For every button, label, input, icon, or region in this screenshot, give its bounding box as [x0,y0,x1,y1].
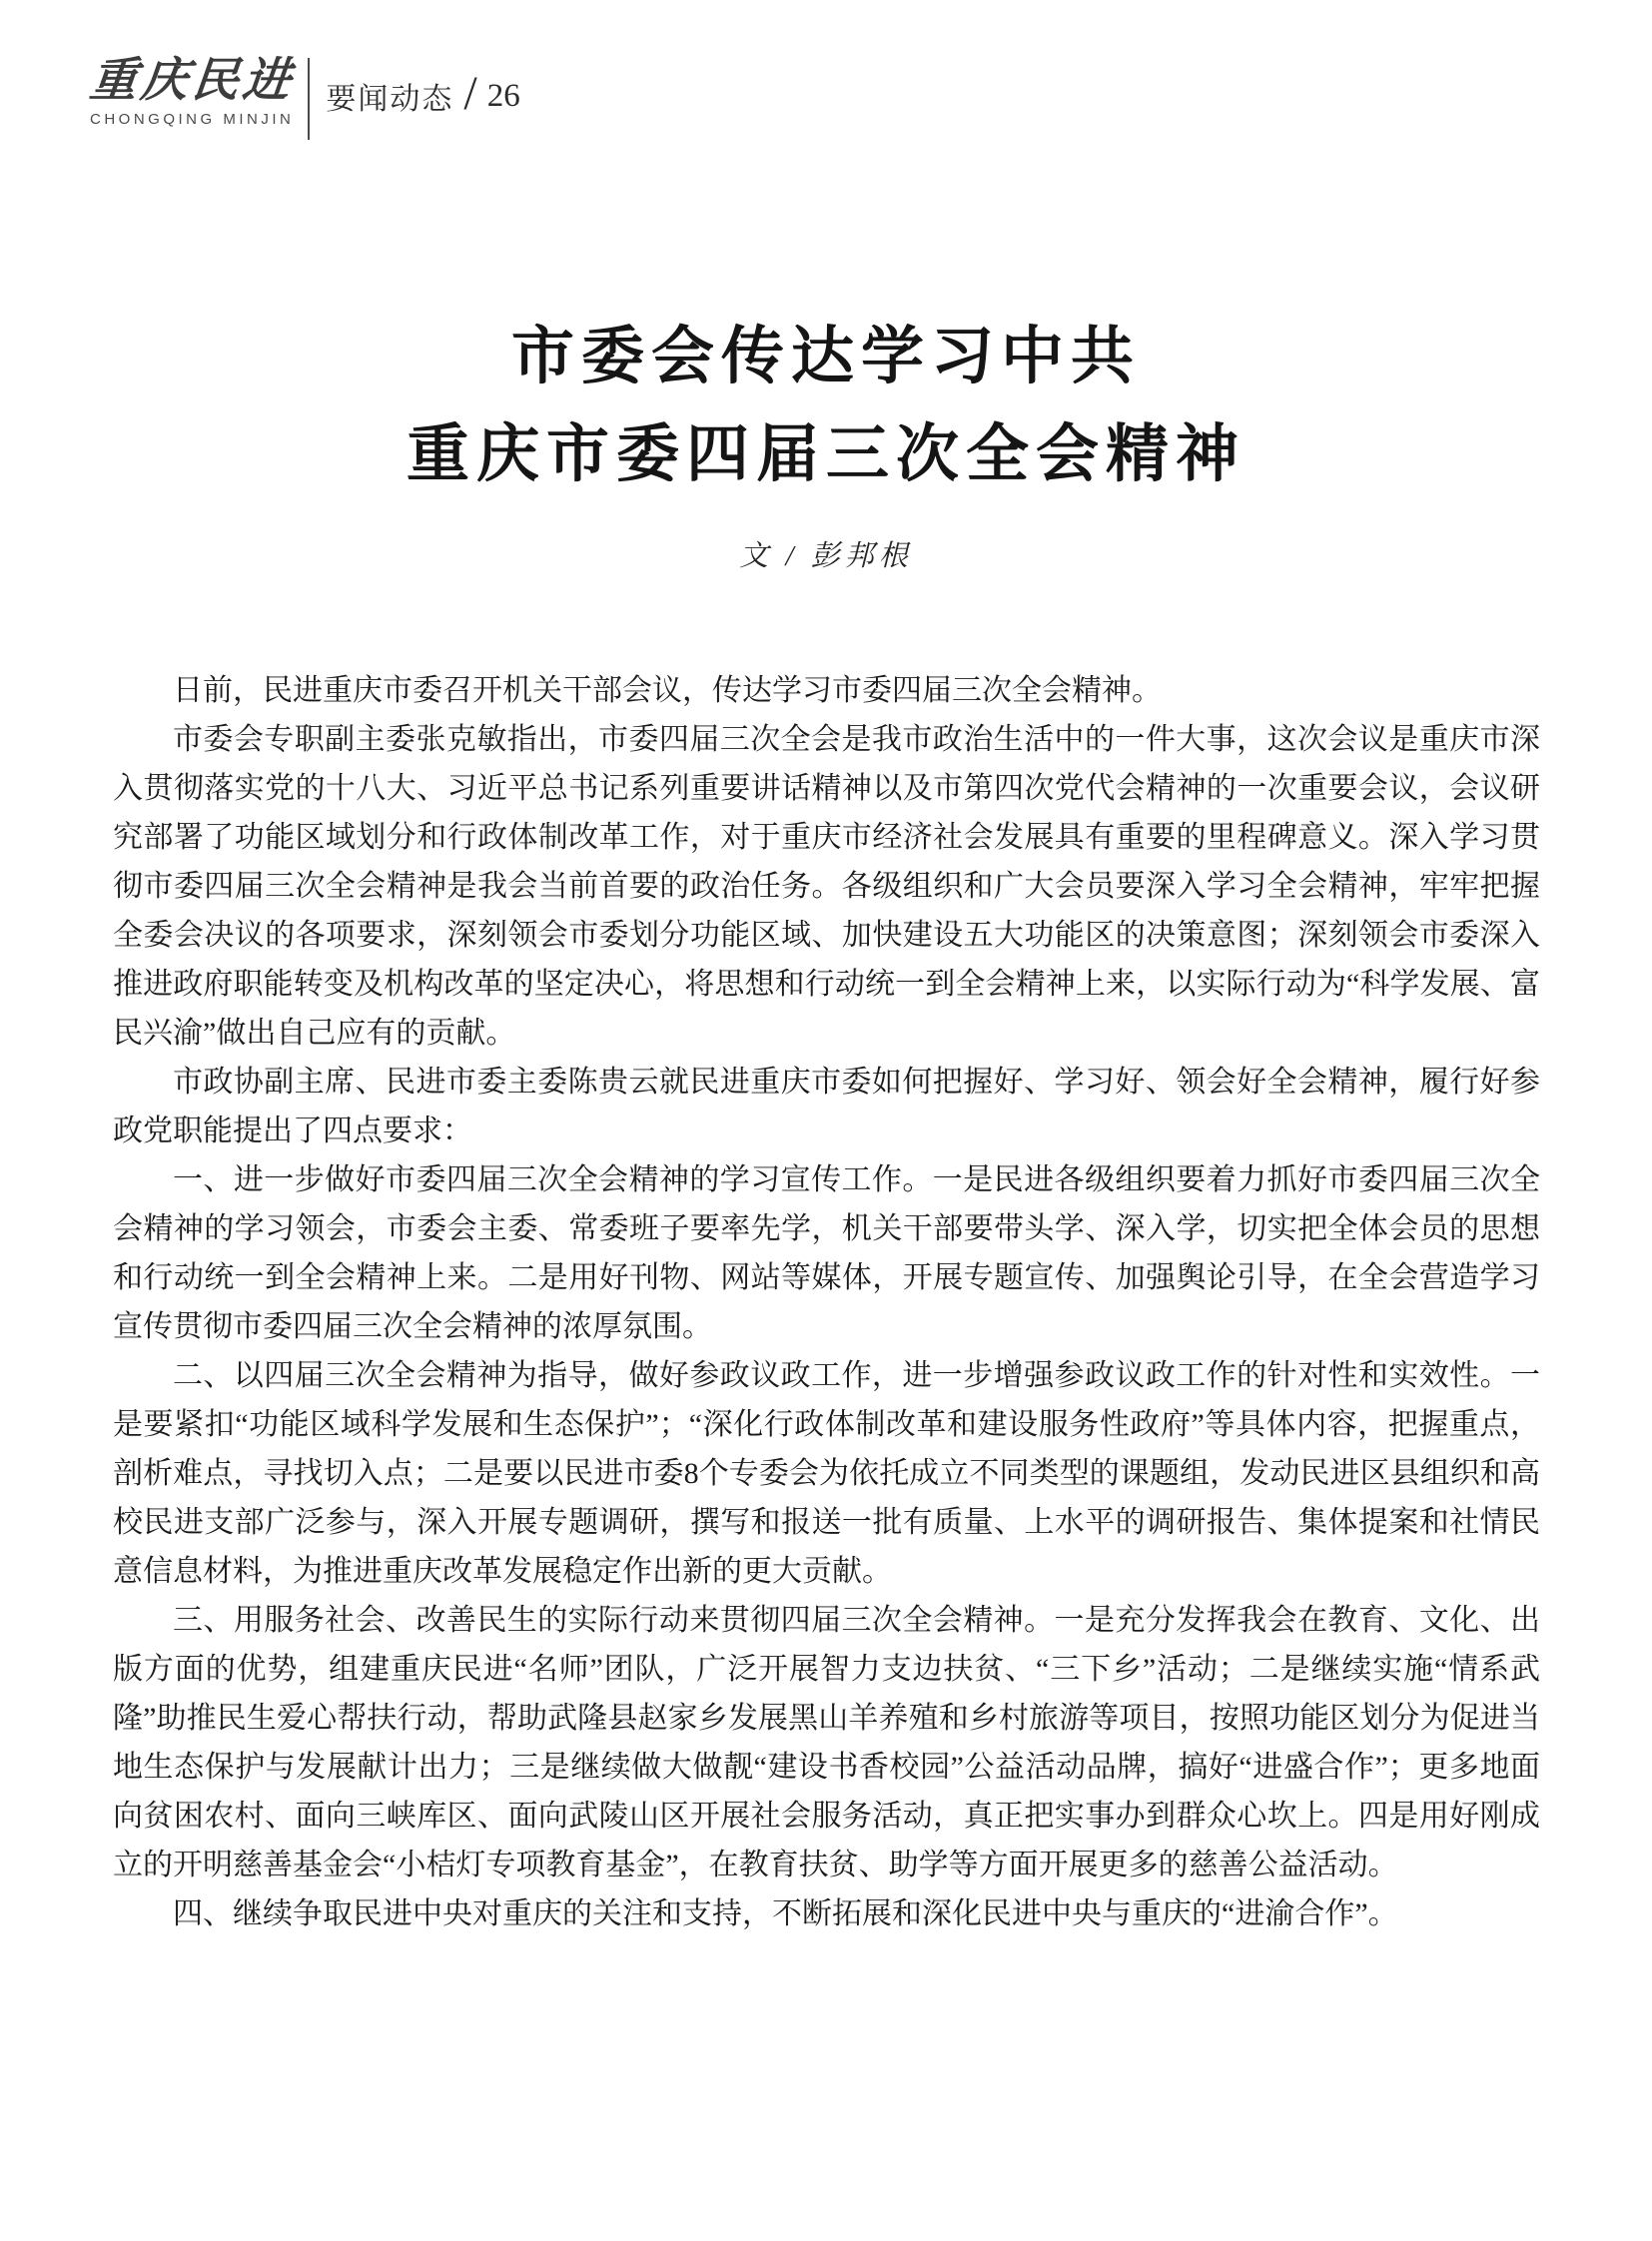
logo-english: CHONGQING MINJIN [90,111,294,128]
article-title: 市委会传达学习中共 重庆市委四届三次全会精神 [0,308,1652,503]
paragraph: 日前，民进重庆市委召开机关干部会议，传达学习市委四届三次全会精神。 [113,666,1540,715]
paragraph: 市委会专职副主委张克敏指出，市委四届三次全会是我市政治生活中的一件大事，这次会议… [113,715,1540,1058]
paragraph: 一、进一步做好市委四届三次全会精神的学习宣传工作。一是民进各级组织要着力抓好市委… [113,1155,1540,1351]
byline: 文 / 彭邦根 [0,533,1652,574]
section-separator-slash: / [463,70,476,118]
section-label: 要闻动态 [326,74,453,118]
header-divider [308,58,310,140]
logo-chinese-calligraphy: 重庆民进 [87,56,297,108]
page-header: 重庆民进 CHONGQING MINJIN 要闻动态 / 26 [0,0,1652,140]
paragraph: 市政协副主席、民进市委主委陈贵云就民进重庆市委如何把握好、学习好、领会好全会精神… [113,1058,1540,1155]
paragraph: 二、以四届三次全会精神为指导，做好参政议政工作，进一步增强参政议政工作的针对性和… [113,1351,1540,1596]
article-body: 日前，民进重庆市委召开机关干部会议，传达学习市委四届三次全会精神。市委会专职副主… [113,666,1540,1938]
magazine-page: 重庆民进 CHONGQING MINJIN 要闻动态 / 26 市委会传达学习中… [0,0,1652,2241]
article-title-line-1: 市委会传达学习中共 [0,308,1652,405]
page-number: 26 [487,78,520,115]
section-label-block: 要闻动态 / 26 [326,72,519,120]
logo: 重庆民进 CHONGQING MINJIN [90,56,294,128]
article: 市委会传达学习中共 重庆市委四届三次全会精神 文 / 彭邦根 日前，民进重庆市委… [0,308,1652,1938]
paragraph: 四、继续争取民进中央对重庆的关注和支持，不断拓展和深化民进中央与重庆的“进渝合作… [113,1889,1540,1938]
article-title-line-2: 重庆市委四届三次全会精神 [0,405,1652,503]
paragraph: 三、用服务社会、改善民生的实际行动来贯彻四届三次全会精神。一是充分发挥我会在教育… [113,1596,1540,1889]
